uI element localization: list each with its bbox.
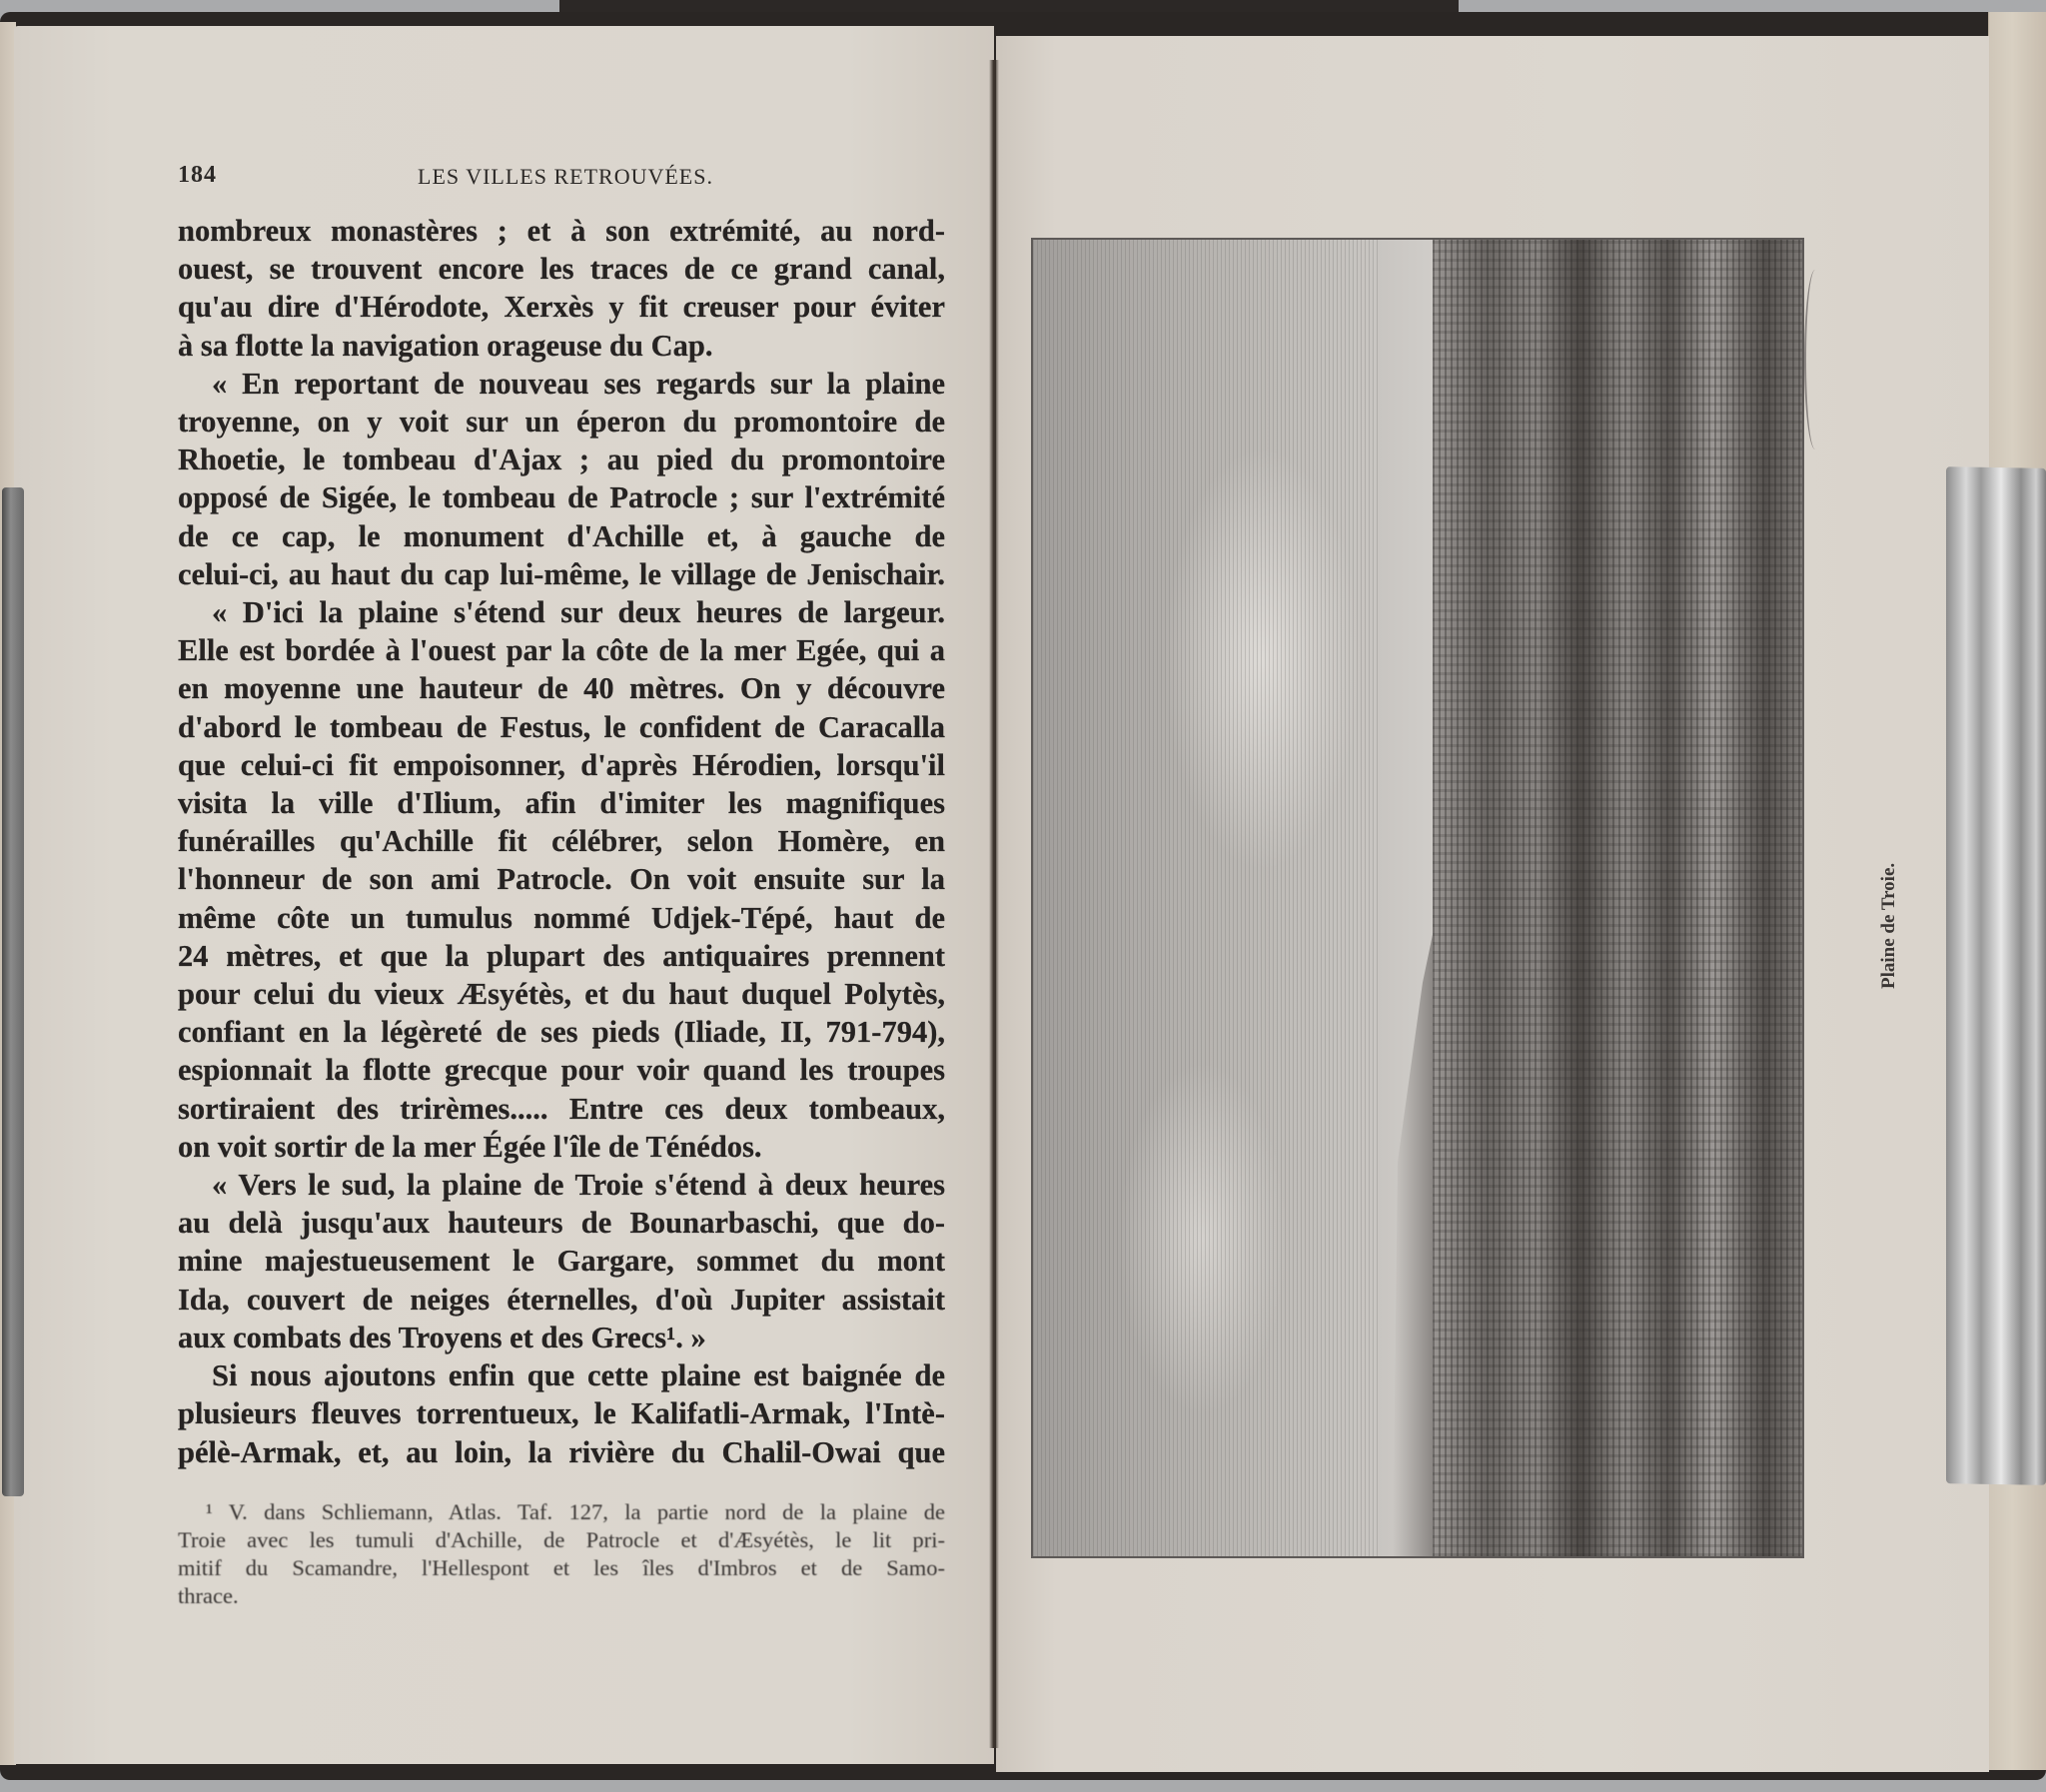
book-gutter	[989, 60, 999, 1748]
text-line: opposé de Sigée, le tombeau de Patrocle …	[178, 478, 945, 516]
text-line: l'honneur de son ami Patrocle. On voit e…	[178, 860, 945, 898]
text-line: au delà jusqu'aux hauteurs de Bounarbasc…	[178, 1204, 945, 1242]
text-line: d'abord le tombeau de Festus, le confide…	[178, 708, 945, 746]
text-line: on voit sortir de la mer Égée l'île de T…	[178, 1128, 945, 1166]
text-line: visita la ville d'Ilium, afin d'imiter l…	[178, 784, 945, 822]
footnote: ¹ V. dans Schliemann, Atlas. Taf. 127, l…	[178, 1498, 945, 1610]
text-line: Rhoetie, le tombeau d'Ajax ; au pied du …	[178, 441, 945, 478]
text-line: Ida, couvert de neiges éternelles, d'où …	[178, 1281, 945, 1319]
body-text: nombreux monastères ; et à son extrémité…	[178, 212, 945, 1471]
text-line: espionnait la flotte grecque pour voir q…	[178, 1051, 945, 1089]
text-line: ouest, se trouvent encore les traces de …	[178, 250, 945, 288]
text-line: aux combats des Troyens et des Grecs¹. »	[178, 1319, 945, 1356]
page-clip-left	[2, 487, 24, 1496]
illustration-caption: Plaine de Troie.	[1878, 863, 1900, 989]
text-line: même côte un tumulus nommé Udjek-Tépé, h…	[178, 899, 945, 937]
paragraph-2: « En reportant de nouveau ses regards su…	[178, 365, 945, 593]
paragraph-3: « D'ici la plaine s'étend sur deux heure…	[178, 593, 945, 1166]
text-line: « En reportant de nouveau ses regards su…	[178, 365, 945, 403]
text-line: sortiraient des trirèmes..... Entre ces …	[178, 1090, 945, 1128]
text-line: funérailles qu'Achille fit célébrer, sel…	[178, 822, 945, 860]
text-line: à sa flotte la navigation orageuse du Ca…	[178, 327, 945, 365]
footnote-line: Troie avec les tumuli d'Achille, de Patr…	[178, 1526, 945, 1554]
text-line: confiant en la légèreté de ses pieds (Il…	[178, 1013, 945, 1051]
illustration-plaine-de-troie	[1031, 238, 1804, 1558]
paragraph-1: nombreux monastères ; et à son extrémité…	[178, 212, 945, 365]
text-line: que celui-ci fit empoisonner, d'après Hé…	[178, 746, 945, 784]
text-line: de ce cap, le monument d'Achille et, à g…	[178, 517, 945, 555]
paragraph-5: Si nous ajoutons enfin que cette plaine …	[178, 1356, 945, 1471]
text-line: pélè-Armak, et, au loin, la rivière du C…	[178, 1433, 945, 1471]
text-line: plusieurs fleuves torrentueux, le Kalifa…	[178, 1394, 945, 1432]
footnote-line: thrace.	[178, 1582, 945, 1610]
text-line: 24 mètres, et que la plupart des antiqua…	[178, 937, 945, 975]
text-line: Elle est bordée à l'ouest par la côte de…	[178, 631, 945, 669]
text-line: qu'au dire d'Hérodote, Xerxès y fit creu…	[178, 288, 945, 326]
text-line: celui-ci, au haut du cap lui-même, le vi…	[178, 555, 945, 593]
text-line: en moyenne une hauteur de 40 mètres. On …	[178, 669, 945, 707]
engraver-signature	[1804, 270, 1826, 449]
footnote-line: mitif du Scamandre, l'Hellespont et les …	[178, 1554, 945, 1582]
text-line: « Vers le sud, la plaine de Troie s'éten…	[178, 1166, 945, 1204]
text-line: mine majestueusement le Gargare, sommet …	[178, 1242, 945, 1280]
illustration-hills	[1433, 240, 1802, 1556]
running-title: LES VILLES RETROUVÉES.	[418, 164, 713, 190]
text-line: « D'ici la plaine s'étend sur deux heure…	[178, 593, 945, 631]
page-number: 184	[178, 162, 217, 189]
text-line: pour celui du vieux Æsyétès, et du haut …	[178, 975, 945, 1013]
running-header: 184 LES VILLES RETROUVÉES.	[178, 162, 937, 196]
text-line: nombreux monastères ; et à son extrémité…	[178, 212, 945, 250]
text-line: Si nous ajoutons enfin que cette plaine …	[178, 1356, 945, 1394]
illustration-sky	[1033, 240, 1378, 1556]
paragraph-4: « Vers le sud, la plaine de Troie s'éten…	[178, 1166, 945, 1356]
page-clip-right	[1946, 466, 2046, 1485]
footnote-line: ¹ V. dans Schliemann, Atlas. Taf. 127, l…	[178, 1498, 945, 1526]
text-line: troyenne, on y voit sur un éperon du pro…	[178, 403, 945, 441]
